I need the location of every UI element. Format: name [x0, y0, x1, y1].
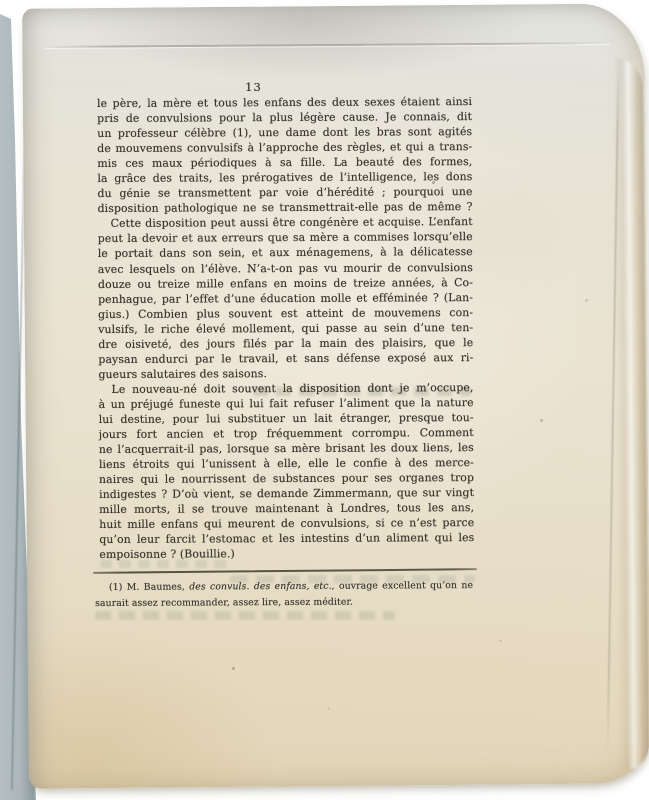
text-line: gius.) Combien plus souvent est atteint … [98, 305, 473, 322]
text-line: empoisonne ? (Bouillie.) [99, 545, 474, 562]
page-number: 13 [97, 80, 472, 95]
text-line: qu’on leur farcit l’estomac et les intes… [99, 530, 474, 547]
text-line: paysan endurci par le travail, et sans d… [98, 350, 473, 367]
verso-bleedthrough-mark [95, 611, 395, 620]
footnote-line-2: saurait assez recommander, assez lire, a… [95, 594, 473, 612]
footnote-text: (1) M. Baumes, [109, 582, 189, 593]
text-line: penhague, par l’effet d’une éducation mo… [98, 290, 473, 307]
footnote-line-1: (1) M. Baumes, des convuls. des enfans, … [95, 578, 473, 596]
book-photo: 13 le père, la mère et tous les enfans d… [0, 0, 649, 800]
text-line: le portait dans son sein, et aux ménagem… [98, 245, 473, 262]
footnote-cited-work: des convuls. des enfans, etc. [189, 581, 332, 593]
text-line: douze ou treize mille enfans en moins de… [98, 275, 473, 292]
footnote: (1) M. Baumes, des convuls. des enfans, … [95, 578, 473, 612]
text-line: dre oisiveté, des jours filés par la mai… [98, 335, 473, 352]
text-block: le père, la mère et tous les enfans des … [97, 94, 474, 562]
text-line: avec lesquels on l’élève. N’a-t-on pas v… [98, 260, 473, 277]
text-line: vulsifs, le riche élevé mollement, qui p… [98, 320, 473, 337]
footnote-text: , ouvrage excellent qu’on ne [332, 580, 473, 592]
paper-specks [0, 0, 1, 1]
